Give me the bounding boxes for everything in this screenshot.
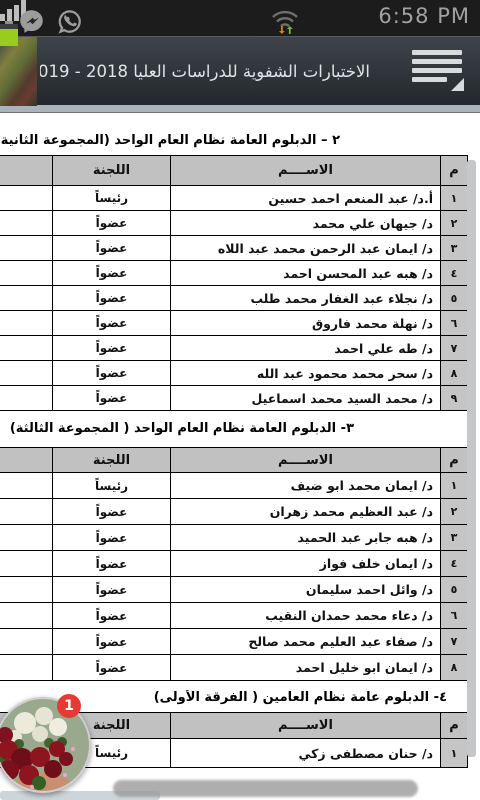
cell-name: د/ محمد السيد محمد اسماعيل xyxy=(171,386,441,411)
cell-extra xyxy=(0,186,53,211)
cell-name: د/ نهلة محمد فاروق xyxy=(171,311,441,336)
scrollbar[interactable] xyxy=(467,160,476,757)
col-header-num: م xyxy=(441,713,468,739)
cell-extra xyxy=(0,286,53,311)
cell-role: عضواً xyxy=(53,311,171,336)
table-row: ٨د/ سحر محمد محمود عبد اللهعضواً xyxy=(0,361,468,386)
cell-role: رئيساً xyxy=(53,186,171,211)
status-bar: 6:58 PM xyxy=(0,0,480,36)
cell-role: عضواً xyxy=(53,629,171,655)
cell-serial: ٥ xyxy=(441,286,468,311)
cell-name: د/ عبد العظيم محمد زهران xyxy=(171,499,441,525)
table-row: ٥د/ وائل احمد سليمانعضواً xyxy=(0,577,468,603)
cell-serial: ٣ xyxy=(441,236,468,261)
cell-role: عضواً xyxy=(53,236,171,261)
whatsapp-icon xyxy=(56,8,83,35)
document-title: الاختبارات الشفوية للدراسات العليا 2018 … xyxy=(40,37,370,106)
cell-name: د/ طه علي احمد xyxy=(171,336,441,361)
cell-role: عضواً xyxy=(53,386,171,411)
table-row: ٨د/ ايمان ابو خليل احمدعضواً xyxy=(0,655,468,681)
cell-role: عضواً xyxy=(53,211,171,236)
blur-smudge-overlay xyxy=(113,780,418,797)
cell-role: عضواً xyxy=(53,261,171,286)
title-bar: الاختبارات الشفوية للدراسات العليا 2018 … xyxy=(0,36,480,105)
cell-name: د/ ايمان ابو خليل احمد xyxy=(171,655,441,681)
cell-serial: ٥ xyxy=(441,577,468,603)
cell-extra xyxy=(0,473,53,499)
cell-name: د/ سحر محمد محمود عبد الله xyxy=(171,361,441,386)
cell-serial: ٤ xyxy=(441,551,468,577)
table-row: ١أ.د/ عبد المنعم احمد حسينرئيساً xyxy=(0,186,468,211)
notification-badge: 1 xyxy=(57,694,81,718)
cell-serial: ١ xyxy=(441,473,468,499)
document-section: ٢ – الدبلوم العامة نظام العام الواحد (ال… xyxy=(0,133,480,411)
cell-name: د/ جيهان علي محمد xyxy=(171,211,441,236)
wifi-traffic-icon xyxy=(270,9,300,34)
table-row: ٣د/ هبه جابر عبد الحميدعضواً xyxy=(0,525,468,551)
cell-name: د/ هبه جابر عبد الحميد xyxy=(171,525,441,551)
table-header-row: م الاســــم اللجنة xyxy=(0,156,468,186)
cell-extra xyxy=(0,336,53,361)
cell-extra xyxy=(0,551,53,577)
cell-role: عضواً xyxy=(53,577,171,603)
phone-screen: 6:58 PM الاختبارات الشفوية للدراسات العل… xyxy=(0,0,480,800)
table-row: ٧د/ طه علي احمدعضواً xyxy=(0,336,468,361)
cell-serial: ٧ xyxy=(441,336,468,361)
table-row: ٥د/ نجلاء عبد الغفار محمد طلبعضواً xyxy=(0,286,468,311)
cell-role: عضواً xyxy=(53,551,171,577)
table-row: ١د/ ايمان محمد ابو ضيفرئيساً xyxy=(0,473,468,499)
chat-head-bubble[interactable]: 1 xyxy=(0,697,91,793)
table-row: ٦د/ نهلة محمد فاروقعضواً xyxy=(0,311,468,336)
cell-extra xyxy=(0,655,53,681)
list-menu-icon[interactable] xyxy=(412,50,466,94)
cell-extra xyxy=(0,386,53,411)
cell-name: د/ وائل احمد سليمان xyxy=(171,577,441,603)
col-header-extra xyxy=(0,448,53,473)
cell-name: د/ دعاء محمد حمدان النقيب xyxy=(171,603,441,629)
cell-name: د/ هبه عبد المحسن احمد xyxy=(171,261,441,286)
col-header-extra xyxy=(0,156,53,186)
table-row: ٢د/ جيهان علي محمدعضواً xyxy=(0,211,468,236)
table-row: ٤د/ هبه عبد المحسن احمدعضواً xyxy=(0,261,468,286)
cell-serial: ١ xyxy=(441,186,468,211)
col-header-num: م xyxy=(441,448,468,473)
cell-serial: ٨ xyxy=(441,361,468,386)
cell-extra xyxy=(0,311,53,336)
cell-name: د/ ايمان محمد ابو ضيف xyxy=(171,473,441,499)
col-header-role: اللجنة xyxy=(53,448,171,473)
cell-extra xyxy=(0,236,53,261)
col-header-role: اللجنة xyxy=(53,156,171,186)
col-header-name: الاســــم xyxy=(171,448,441,473)
col-header-name: الاســــم xyxy=(171,713,441,739)
table-row: ٤د/ ايمان خلف فوازعضواً xyxy=(0,551,468,577)
cell-name: أ.د/ عبد المنعم احمد حسين xyxy=(171,186,441,211)
col-header-name: الاســــم xyxy=(171,156,441,186)
cell-role: عضواً xyxy=(53,499,171,525)
messenger-icon xyxy=(18,8,45,35)
section-heading: ٢ – الدبلوم العامة نظام العام الواحد (ال… xyxy=(0,133,480,148)
cell-role: عضواً xyxy=(53,336,171,361)
table-row: ٢د/ عبد العظيم محمد زهرانعضواً xyxy=(0,499,468,525)
cell-extra xyxy=(0,499,53,525)
cell-name: د/ ايمان خلف فواز xyxy=(171,551,441,577)
table-header-row: م الاســــم اللجنة xyxy=(0,448,468,473)
app-background-band xyxy=(0,105,480,113)
cell-role: عضواً xyxy=(53,655,171,681)
document-section: ٣- الدبلوم العامة نظام العام الواحد ( ال… xyxy=(0,421,480,681)
table-row: ٧د/ صفاء عبد العليم محمد صالحعضواً xyxy=(0,629,468,655)
cell-role: عضواً xyxy=(53,361,171,386)
battery-icon xyxy=(0,21,18,46)
table-row: ٩د/ محمد السيد محمد اسماعيلعضواً xyxy=(0,386,468,411)
cell-role: رئيساً xyxy=(53,473,171,499)
cell-serial: ٣ xyxy=(441,525,468,551)
cell-extra xyxy=(0,261,53,286)
cell-serial: ١ xyxy=(441,739,468,768)
cell-serial: ٦ xyxy=(441,311,468,336)
cell-role: عضواً xyxy=(53,286,171,311)
cell-serial: ٩ xyxy=(441,386,468,411)
col-header-num: م xyxy=(441,156,468,186)
cell-extra xyxy=(0,525,53,551)
cell-extra xyxy=(0,361,53,386)
clock-time: 6:58 PM xyxy=(378,4,470,28)
cell-extra xyxy=(0,603,53,629)
cell-role: عضواً xyxy=(53,603,171,629)
cell-extra xyxy=(0,577,53,603)
cell-extra xyxy=(0,211,53,236)
section-heading: ٣- الدبلوم العامة نظام العام الواحد ( ال… xyxy=(0,421,480,436)
table-row: ٦د/ دعاء محمد حمدان النقيبعضواً xyxy=(0,603,468,629)
cell-serial: ٦ xyxy=(441,603,468,629)
cell-extra xyxy=(0,629,53,655)
cell-name: د/ حنان مصطفى زكي xyxy=(171,739,441,768)
cell-serial: ٢ xyxy=(441,499,468,525)
cell-role: عضواً xyxy=(53,525,171,551)
cell-name: د/ ايمان عبد الرحمن محمد عبد اللاه xyxy=(171,236,441,261)
cell-serial: ٤ xyxy=(441,261,468,286)
cell-serial: ٨ xyxy=(441,655,468,681)
cell-serial: ٢ xyxy=(441,211,468,236)
committee-table: م الاســــم اللجنة ١د/ ايمان محمد ابو ضي… xyxy=(0,447,468,681)
cell-name: د/ نجلاء عبد الغفار محمد طلب xyxy=(171,286,441,311)
cell-serial: ٧ xyxy=(441,629,468,655)
committee-table: م الاســــم اللجنة ١أ.د/ عبد المنعم احمد… xyxy=(0,155,468,411)
cell-name: د/ صفاء عبد العليم محمد صالح xyxy=(171,629,441,655)
wallpaper-sliver xyxy=(0,37,37,106)
document-sections: ٢ – الدبلوم العامة نظام العام الواحد (ال… xyxy=(0,133,480,768)
table-row: ٣د/ ايمان عبد الرحمن محمد عبد اللاهعضواً xyxy=(0,236,468,261)
